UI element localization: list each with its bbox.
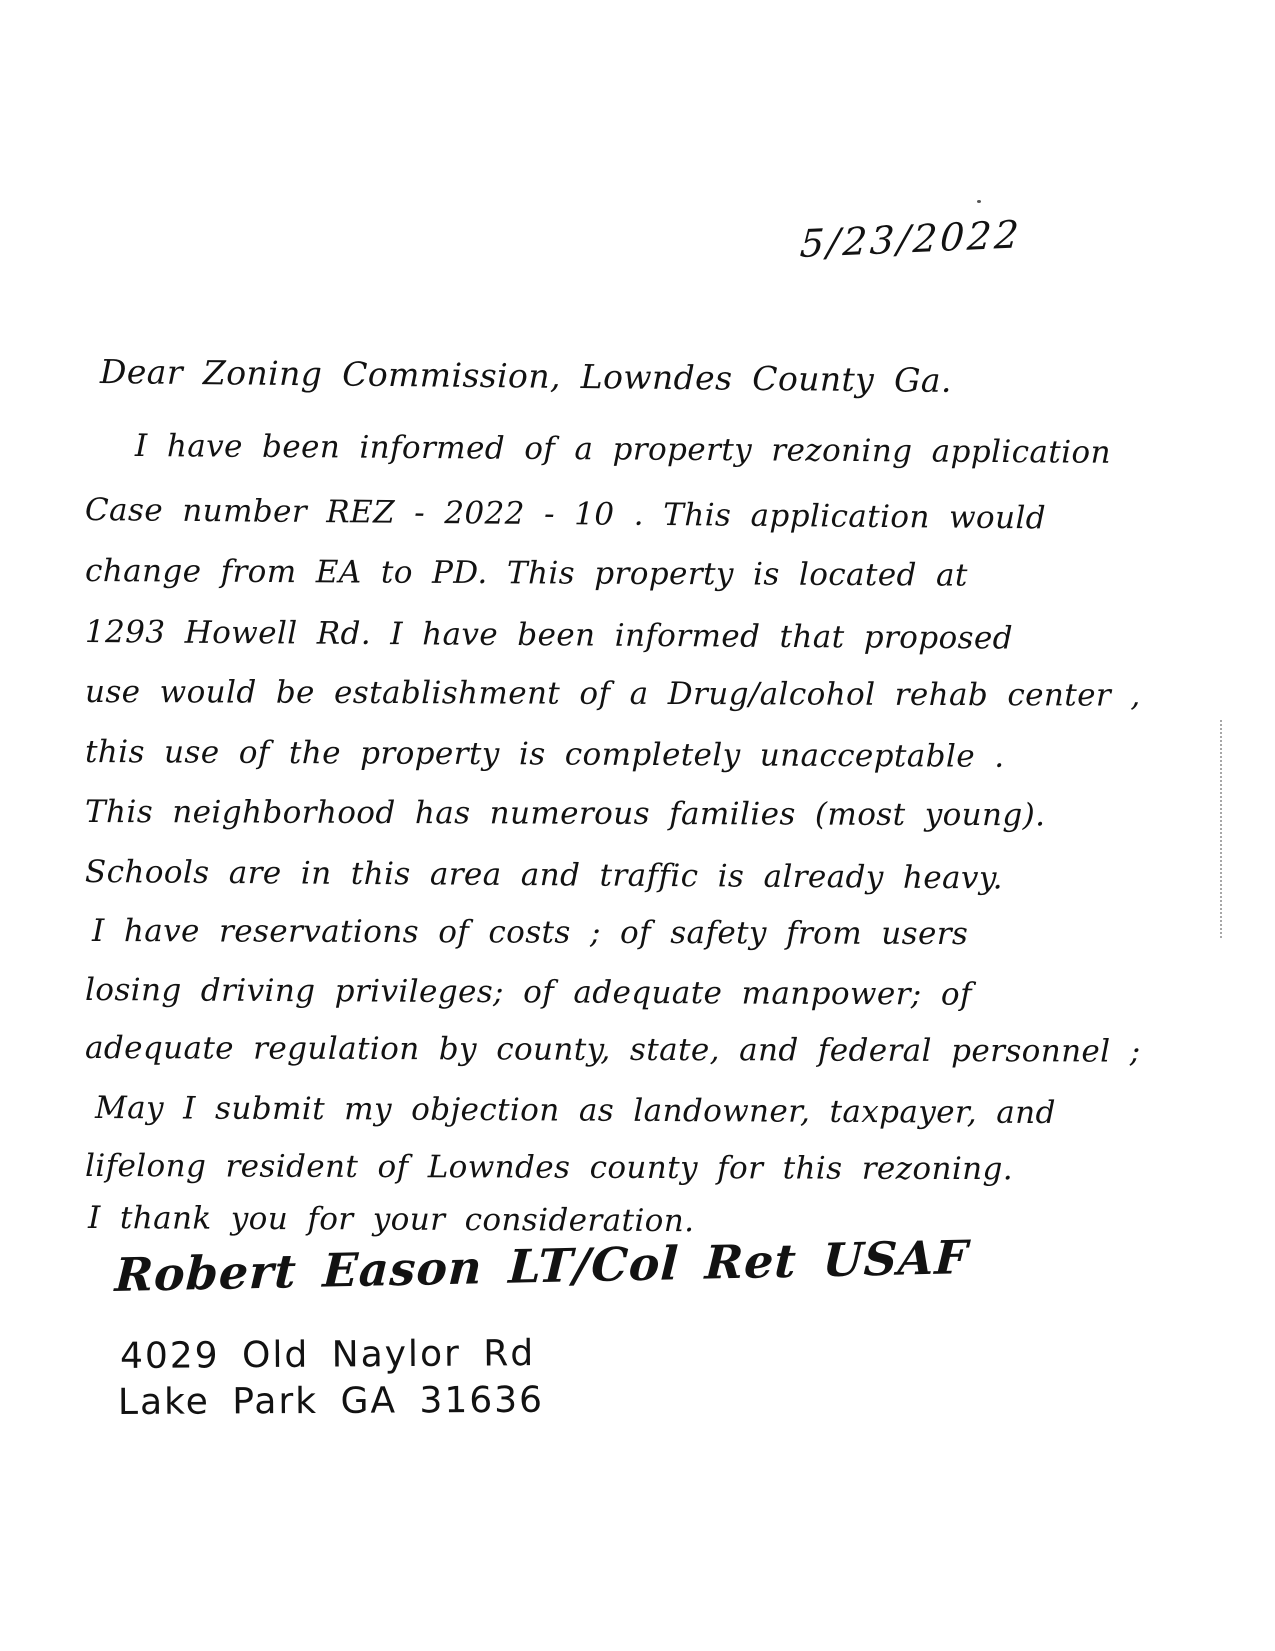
- body-line: Schools are in this area and traffic is …: [85, 854, 1003, 896]
- body-line: This neighborhood has numerous families …: [85, 794, 1046, 833]
- body-line: May I submit my objection as landowner, …: [95, 1090, 1056, 1131]
- scan-speck: [977, 200, 981, 203]
- body-line: change from EA to PD. This property is l…: [85, 553, 968, 594]
- body-line: losing driving privileges; of adequate m…: [85, 972, 972, 1013]
- body-line: use would be establishment of a Drug/alc…: [85, 674, 1141, 714]
- body-line: lifelong resident of Lowndes county for …: [85, 1148, 1013, 1187]
- address-line-2: Lake Park GA 31636: [118, 1380, 544, 1423]
- signature: Robert Eason LT/Col Ret USAF: [114, 1230, 970, 1302]
- address-line-1: 4029 Old Naylor Rd: [120, 1333, 535, 1377]
- body-line: I thank you for your consideration.: [88, 1200, 695, 1239]
- letter-date: 5/23/2022: [799, 212, 1023, 266]
- body-line: this use of the property is completely u…: [85, 734, 1005, 775]
- body-line: adequate regulation by county, state, an…: [85, 1030, 1141, 1070]
- salutation: Dear Zoning Commission, Lowndes County G…: [100, 352, 952, 400]
- body-line: Case number REZ - 2022 - 10 . This appli…: [85, 492, 1046, 536]
- body-line: I have been informed of a property rezon…: [135, 428, 1111, 471]
- scanned-letter-page: 5/23/2022 Dear Zoning Commission, Lownde…: [0, 0, 1275, 1651]
- body-line: I have reservations of costs ; of safety…: [92, 913, 968, 952]
- scan-artifact-line: [1220, 720, 1222, 938]
- body-line: 1293 Howell Rd. I have been informed tha…: [85, 614, 1013, 656]
